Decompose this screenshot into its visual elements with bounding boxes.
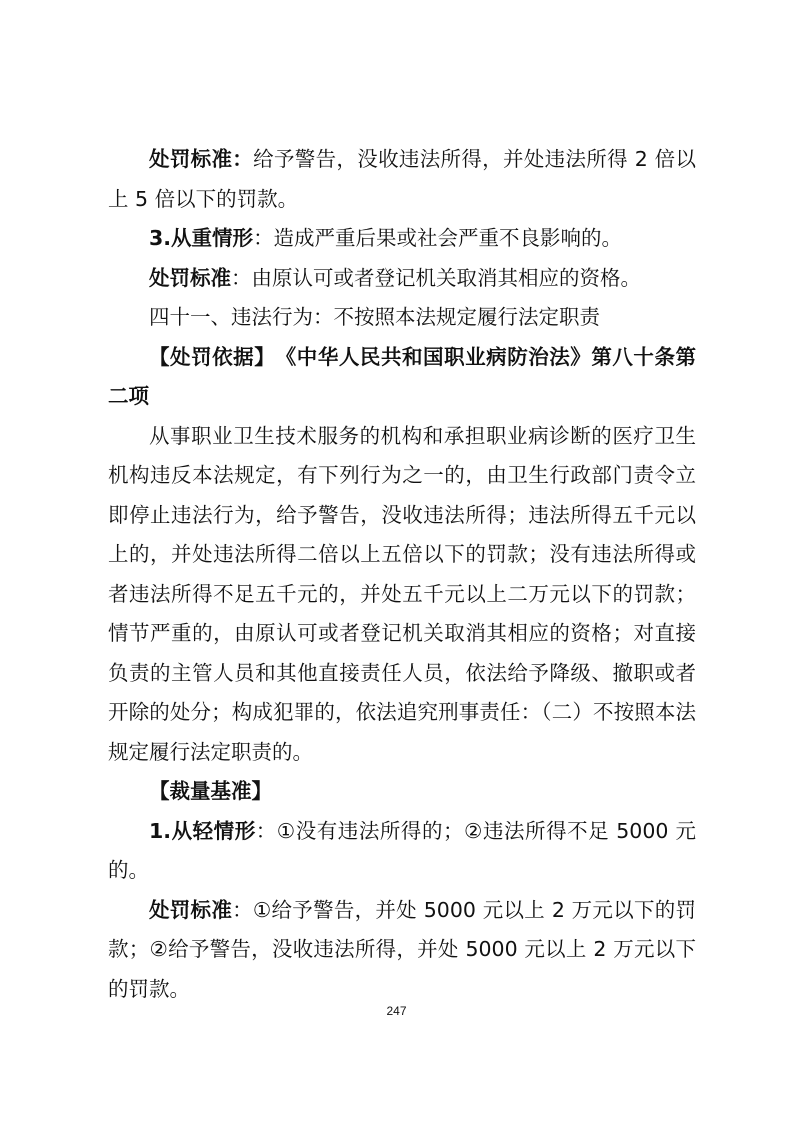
paragraph-text: ：由原认可或者登记机关取消其相应的资格。 xyxy=(231,266,641,290)
bold-lead: 【裁量基准】 xyxy=(149,779,272,803)
penalty-basis-heading: 【处罚依据】 《中华人民共和国职业病防治法》第八十条第二项 xyxy=(108,338,696,417)
law-text-paragraph: 从事职业卫生技术服务的机构和承担职业病诊断的医疗卫生机构违反本法规定，有下列行为… xyxy=(108,417,696,773)
mitigating-circumstances-paragraph: 1.从轻情形：①没有违法所得的；②违法所得不足 5000 元的。 xyxy=(108,812,696,891)
bold-lead: 3.从重情形 xyxy=(149,226,253,250)
discretion-standard-heading: 【裁量基准】 xyxy=(108,772,696,812)
document-body: 处罚标准：给予警告，没收违法所得，并处违法所得 2 倍以上 5 倍以下的罚款。 … xyxy=(108,140,696,1009)
violation-heading: 四十一、违法行为：不按照本法规定履行法定职责 xyxy=(108,298,696,338)
bold-lead: 1.从轻情形 xyxy=(149,819,256,843)
paragraph-text: ：造成严重后果或社会严重不良影响的。 xyxy=(253,226,622,250)
bold-lead: 【处罚依据】 《中华人民共和国职业病防治法》第八十条第二项 xyxy=(108,345,696,409)
penalty-standard-paragraph: 处罚标准：由原认可或者登记机关取消其相应的资格。 xyxy=(108,259,696,299)
bold-lead: 处罚标准： xyxy=(149,147,253,171)
paragraph-text: 四十一、违法行为：不按照本法规定履行法定职责 xyxy=(149,305,600,329)
paragraph-text: 从事职业卫生技术服务的机构和承担职业病诊断的医疗卫生机构违反本法规定，有下列行为… xyxy=(108,424,696,764)
aggravating-circumstances-paragraph: 3.从重情形：造成严重后果或社会严重不良影响的。 xyxy=(108,219,696,259)
penalty-standard-paragraph: 处罚标准：给予警告，没收违法所得，并处违法所得 2 倍以上 5 倍以下的罚款。 xyxy=(108,140,696,219)
bold-lead: 处罚标准 xyxy=(149,266,231,290)
bold-lead: 处罚标准 xyxy=(149,898,232,922)
penalty-standard-paragraph: 处罚标准：①给予警告，并处 5000 元以上 2 万元以下的罚款；②给予警告，没… xyxy=(108,891,696,1010)
page-number: 247 xyxy=(0,1004,793,1018)
